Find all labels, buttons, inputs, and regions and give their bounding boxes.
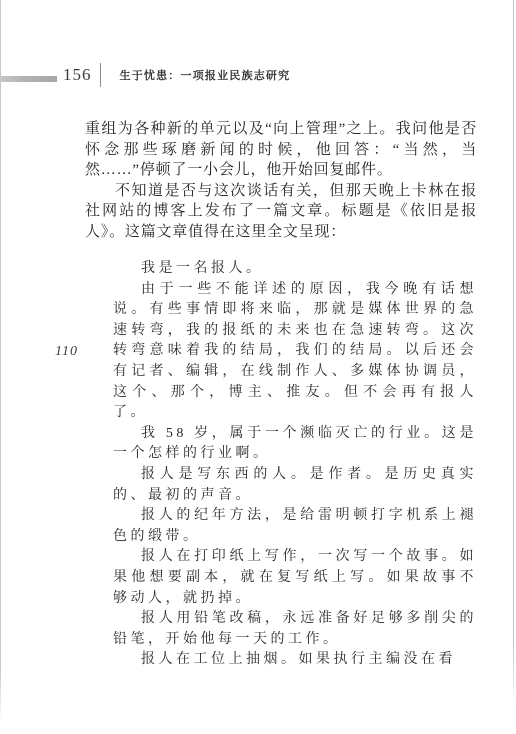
quoted-blog-post: 我是一名报人。 由于一些不能详述的原因，我今晚有话想说。有些事情即将来临，那就是… — [113, 259, 477, 671]
header-divider — [100, 63, 101, 87]
quote-paragraph: 报人是写东西的人。是作者。是历史真实的、最初的声音。 — [113, 465, 477, 506]
body-paragraph: 不知道是否与这次谈话有关，但那天晚上卡林在报社网站的博客上发布了一篇文章。标题是… — [85, 181, 477, 243]
body-text: 重组为各种新的单元以及“向上管理”之上。我问他是否怀念那些琢磨新闻的时候，他回答… — [85, 119, 477, 242]
page-edge-left — [0, 0, 1, 722]
quote-paragraph: 由于一些不能详述的原因，我今晚有话想说。有些事情即将来临，那就是媒体世界的急速转… — [113, 280, 477, 424]
book-page: 156 生于忧患：一项报业民族志研究 重组为各种新的单元以及“向上管理”之上。我… — [0, 0, 516, 734]
margin-page-number: 110 — [55, 344, 78, 360]
header-title: 生于忧患：一项报业民族志研究 — [120, 67, 291, 83]
quote-paragraph: 报人的纪年方法，是给雷明顿打字机系上褪色的缎带。 — [113, 506, 477, 547]
body-paragraph: 重组为各种新的单元以及“向上管理”之上。我问他是否怀念那些琢磨新闻的时候，他回答… — [85, 119, 477, 181]
quote-paragraph: 我是一名报人。 — [113, 259, 477, 280]
page-edge-right — [513, 0, 514, 704]
margin-decor-bar — [0, 76, 57, 82]
quote-paragraph: 报人在打印纸上写作，一次写一个故事。如果他想要副本，就在复写纸上写。如果故事不够… — [113, 547, 477, 609]
page-number: 156 — [63, 62, 92, 88]
quote-paragraph: 报人用铅笔改稿，永远准备好足够多削尖的铅笔，开始他每一天的工作。 — [113, 609, 477, 650]
quote-paragraph: 报人在工位上抽烟。如果执行主编没在看 — [113, 650, 477, 671]
running-header: 156 生于忧患：一项报业民族志研究 — [63, 62, 290, 88]
quote-paragraph: 我 58 岁，属于一个濒临灭亡的行业。这是一个怎样的行业啊。 — [113, 424, 477, 465]
